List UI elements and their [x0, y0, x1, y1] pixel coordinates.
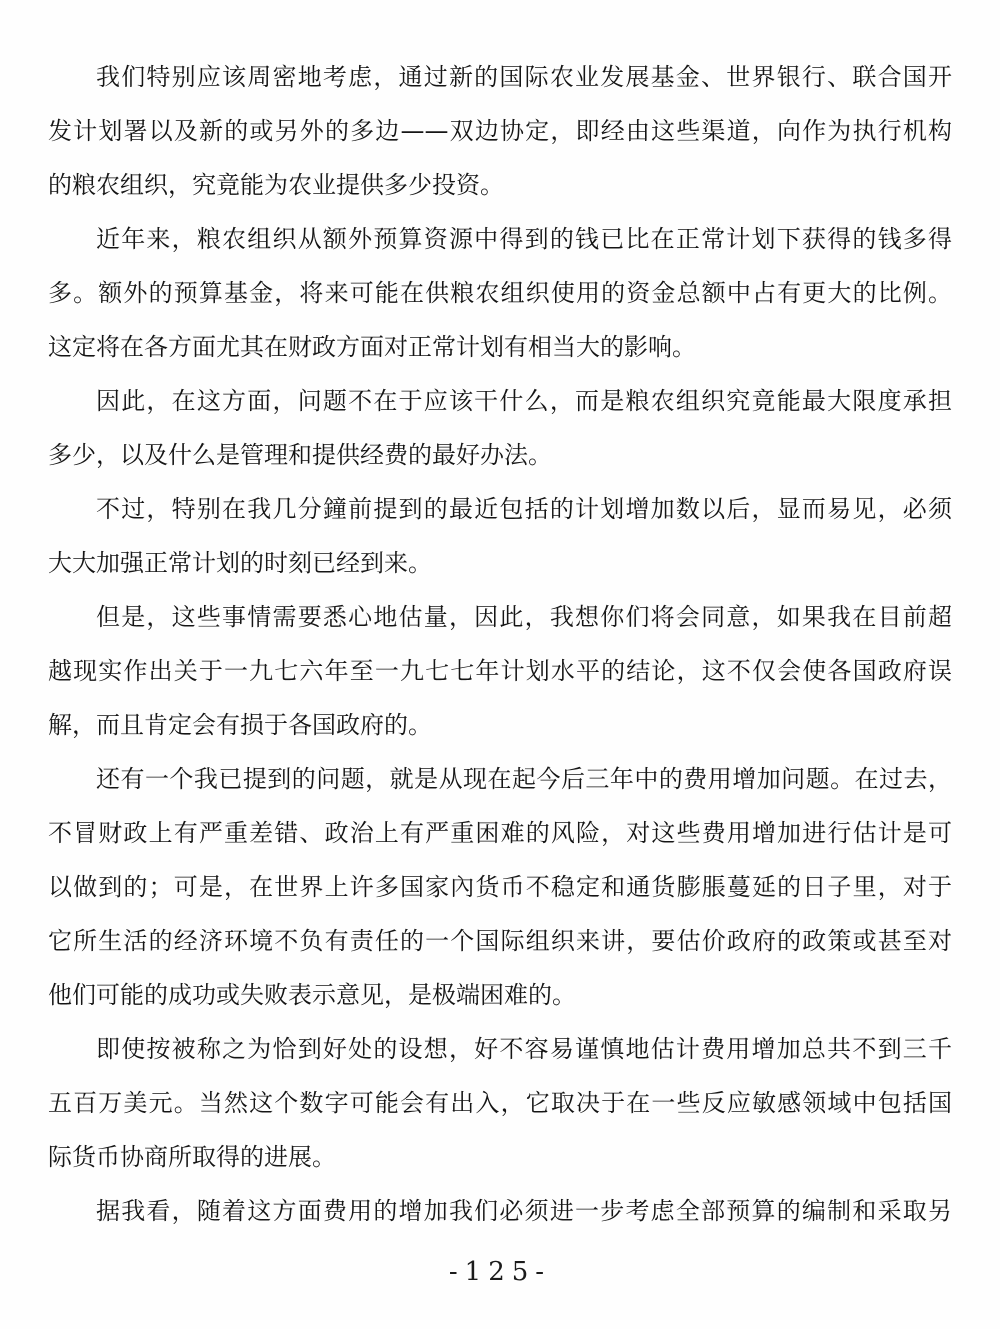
paragraph: 不过，特别在我几分鐘前提到的最近包括的计划增加数以后，显而易见，必须大大加强正常…	[48, 482, 952, 590]
paragraph: 因此，在这方面，问题不在于应该干什么，而是粮农组织究竟能最大限度承担多少，以及什…	[48, 374, 952, 482]
text-line: 但是，这些事情需要悉心地估量，因此，我想你们将会同意，如果我在目前超	[48, 590, 952, 644]
text-line: 这定将在各方面尤其在财政方面对正常计划有相当大的影响。	[48, 320, 952, 374]
paragraph: 即使按被称之为恰到好处的设想，好不容易谨慎地估计费用增加总共不到三千五百万美元。…	[48, 1022, 952, 1184]
paragraph: 但是，这些事情需要悉心地估量，因此，我想你们将会同意，如果我在目前超越现实作出关…	[48, 590, 952, 752]
paragraph: 我们特别应该周密地考虑，通过新的国际农业发展基金、世界银行、联合国开发计划署以及…	[48, 50, 952, 212]
text-line: 大大加强正常计划的时刻已经到来。	[48, 536, 952, 590]
text-line: 多。额外的预算基金，将来可能在供粮农组织使用的资金总额中占有更大的比例。	[48, 266, 952, 320]
paragraph: 还有一个我已提到的问题，就是从现在起今后三年中的费用增加问题。在过去，不冒财政上…	[48, 752, 952, 1022]
text-line: 还有一个我已提到的问题，就是从现在起今后三年中的费用增加问题。在过去，	[48, 752, 952, 806]
text-line: 不冒财政上有严重差错、政治上有严重困难的风险，对这些费用增加进行估计是可	[48, 806, 952, 860]
document-page: 我们特别应该周密地考虑，通过新的国际农业发展基金、世界银行、联合国开发计划署以及…	[0, 0, 1000, 1329]
text-line: 即使按被称之为恰到好处的设想，好不容易谨慎地估计费用增加总共不到三千	[48, 1022, 952, 1076]
text-line: 据我看，随着这方面费用的增加我们必须进一步考虑全部预算的编制和采取另	[48, 1184, 952, 1238]
text-line: 因此，在这方面，问题不在于应该干什么，而是粮农组织究竟能最大限度承担	[48, 374, 952, 428]
text-line: 解，而且肯定会有损于各国政府的。	[48, 698, 952, 752]
text-line: 五百万美元。当然这个数字可能会有出入，它取决于在一些反应敏感领域中包括国	[48, 1076, 952, 1130]
text-line: 以做到的；可是，在世界上许多国家內货币不稳定和通货膨脹蔓延的日子里，对于	[48, 860, 952, 914]
text-line: 它所生活的经济环境不负有责任的一个国际组织来讲，要估价政府的政策或甚至对	[48, 914, 952, 968]
text-line: 多少，以及什么是管理和提供经费的最好办法。	[48, 428, 952, 482]
paragraph: 近年来，粮农组织从额外预算资源中得到的钱已比在正常计划下获得的钱多得多。额外的预…	[48, 212, 952, 374]
text-line: 际货币协商所取得的进展。	[48, 1130, 952, 1184]
text-line: 他们可能的成功或失败表示意见，是极端困难的。	[48, 968, 952, 1022]
text-line: 近年来，粮农组织从额外预算资源中得到的钱已比在正常计划下获得的钱多得	[48, 212, 952, 266]
text-line: 我们特别应该周密地考虑，通过新的国际农业发展基金、世界银行、联合国开	[48, 50, 952, 104]
paragraph: 据我看，随着这方面费用的增加我们必须进一步考虑全部预算的编制和采取另	[48, 1184, 952, 1238]
text-line: 发计划署以及新的或另外的多边——双边协定，即经由这些渠道，向作为执行机构	[48, 104, 952, 158]
page-number: -125-	[48, 1250, 952, 1294]
text-line: 不过，特别在我几分鐘前提到的最近包括的计划增加数以后，显而易见，必须	[48, 482, 952, 536]
body-text: 我们特别应该周密地考虑，通过新的国际农业发展基金、世界银行、联合国开发计划署以及…	[48, 50, 952, 1238]
text-line: 越现实作出关于一九七六年至一九七七年计划水平的结论，这不仅会使各国政府误	[48, 644, 952, 698]
text-line: 的粮农组织，究竟能为农业提供多少投资。	[48, 158, 952, 212]
